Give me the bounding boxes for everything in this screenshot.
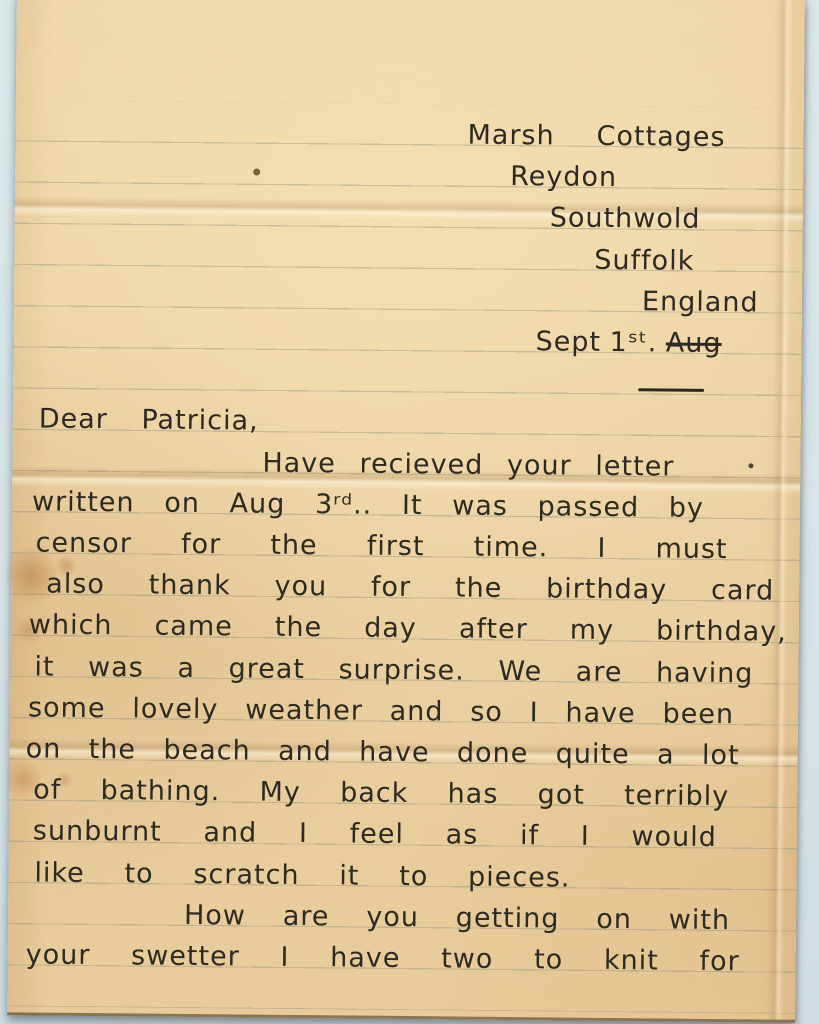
body-line: Have recieved your letter <box>262 444 674 488</box>
body-line: censor for the first time. I must <box>35 523 727 570</box>
body-line: like to scratch it to pieces. <box>34 853 570 898</box>
address-line: England <box>642 282 759 323</box>
date-struck-word: Aug <box>666 323 722 364</box>
body-line: How are you getting on with <box>184 896 730 941</box>
body-line: it was a great surprise. We are having <box>34 647 753 694</box>
address-line: Suffolk <box>594 241 694 282</box>
date-line: Sept 1ˢᵗ. Aug <box>535 322 721 364</box>
body-line: your swetter I have two to knit for <box>25 935 739 982</box>
address-line: Reydon <box>510 157 617 198</box>
salutation: Dear Patricia, <box>39 399 259 441</box>
address-line: Southwold <box>550 198 701 239</box>
body-line: also thank you for the birthday card <box>46 565 774 612</box>
date-underline <box>638 388 704 392</box>
body-line: which came the day after my birthday, <box>29 605 787 652</box>
letter-paper: Marsh Cottages Reydon Southwold Suffolk … <box>7 0 805 1023</box>
date-month: Sept <box>535 322 601 363</box>
address-line: Marsh Cottages <box>467 116 725 158</box>
body-line: some lovely weather and so I have been <box>28 688 734 735</box>
date-day: 1ˢᵗ. <box>609 323 657 363</box>
ink-speck <box>253 169 260 176</box>
body-line: written on Aug 3ʳᵈ.. It was passed by <box>32 482 704 528</box>
scanner-background: Marsh Cottages Reydon Southwold Suffolk … <box>0 0 819 1024</box>
body-line: of bathing. My back has got terribly <box>33 770 729 817</box>
ink-dot <box>748 463 753 468</box>
body-line: on the beach and have done quite a lot <box>25 729 739 776</box>
body-line: sunburnt and I feel as if I would <box>33 811 717 858</box>
